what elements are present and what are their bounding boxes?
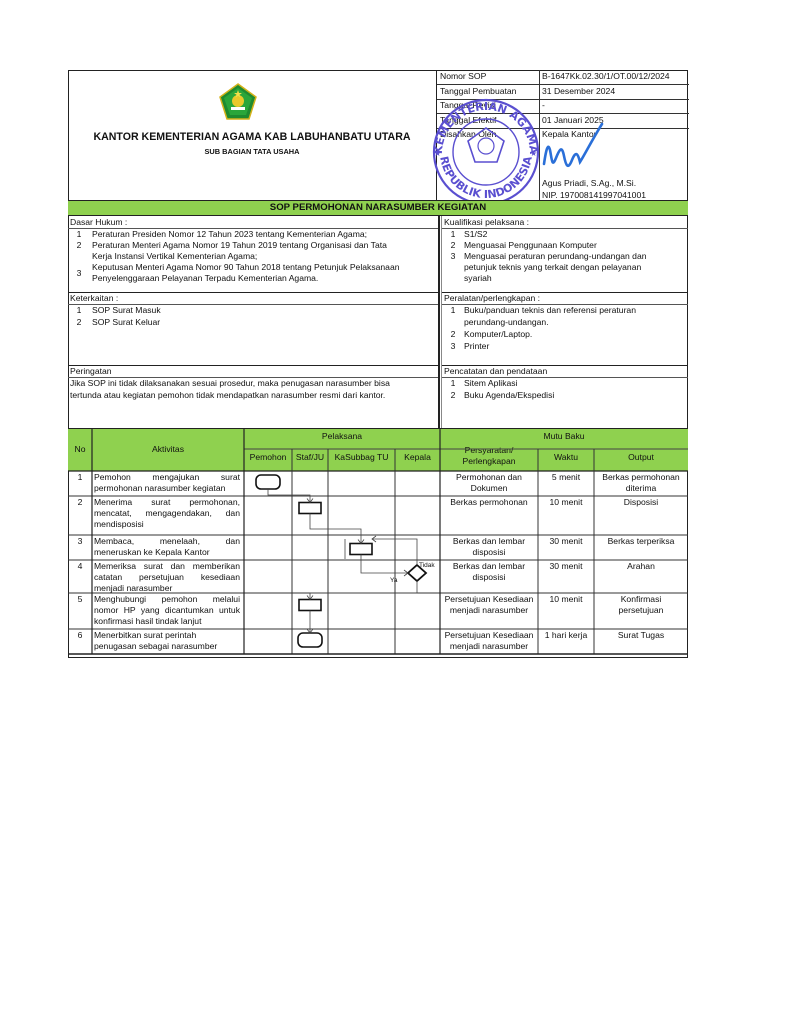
peralatan-item: Printer — [464, 341, 489, 352]
meta-row: Nomor SOP B-1647Kk.02.30/1/OT.00/12/2024 — [437, 70, 689, 85]
peringatan-text-cont: tertunda atau kegiatan pemohon tidak men… — [70, 390, 385, 401]
peralatan-section: Peralatan/perlengkapan : 1 Buku/panduan … — [442, 292, 688, 366]
signature-icon — [538, 120, 608, 180]
peringatan-title: Peringatan — [70, 366, 112, 377]
official-stamp-icon: KEMENTERIAN AGAMA REPUBLIK INDONESIA ★ ★ — [426, 98, 546, 206]
keterkaitan-section: Keterkaitan : 1 SOP Surat Masuk 2 SOP Su… — [68, 292, 438, 366]
item-number: 2 — [72, 317, 86, 328]
kualifikasi-item-cont: syariah — [464, 273, 492, 284]
keterkaitan-title: Keterkaitan : — [70, 293, 118, 304]
item-number: 3 — [446, 341, 460, 352]
item-number: 1 — [72, 305, 86, 316]
meta-label: Nomor SOP — [440, 71, 486, 82]
kualifikasi-item: S1/S2 — [464, 229, 487, 240]
peralatan-item-cont: perundang-undangan. — [464, 317, 549, 328]
dasar-hukum-item: Peraturan Menteri Agama Nomor 19 Tahun 2… — [92, 240, 387, 251]
pencatatan-item: Sitem Aplikasi — [464, 378, 518, 389]
sub-title: SUB BAGIAN TATA USAHA — [68, 147, 436, 156]
item-number: 3 — [72, 268, 86, 279]
item-number: 1 — [446, 378, 460, 389]
section-header: Pencatatan dan pendataan — [442, 365, 688, 378]
office-title: KANTOR KEMENTERIAN AGAMA KAB LABUHANBATU… — [68, 131, 436, 143]
header-left: KANTOR KEMENTERIAN AGAMA KAB LABUHANBATU… — [68, 70, 436, 200]
section-header: Peralatan/perlengkapan : — [442, 292, 688, 305]
kualifikasi-item: Menguasai peraturan perundang-undangan d… — [464, 251, 647, 262]
dasar-hukum-item-cont: Kerja Instansi Vertikal Kementerian Agam… — [92, 251, 257, 262]
item-number: 2 — [446, 390, 460, 401]
section-header: Peringatan — [68, 365, 438, 378]
dasar-hukum-item: Keputusan Menteri Agama Nomor 90 Tahun 2… — [92, 262, 400, 273]
svg-text:★: ★ — [434, 149, 441, 158]
flow-label-no: Tidak — [419, 562, 435, 569]
pencatatan-title: Pencatatan dan pendataan — [444, 366, 547, 377]
meta-value-nomor-sop: B-1647Kk.02.30/1/OT.00/12/2024 — [542, 71, 670, 82]
meta-value-tanggal-pembuatan: 31 Desember 2024 — [542, 86, 615, 97]
info-divider — [438, 216, 440, 428]
dasar-hukum-section: Dasar Hukum : 1 Peraturan Presiden Nomor… — [68, 216, 438, 293]
peringatan-section: Peringatan Jika SOP ini tidak dilaksanak… — [68, 365, 438, 428]
kualifikasi-item: Menguasai Penggunaan Komputer — [464, 240, 597, 251]
peralatan-item: Buku/panduan teknis dan referensi peratu… — [464, 305, 636, 316]
sop-title: SOP PERMOHONAN NARASUMBER KEGIATAN — [68, 200, 688, 216]
item-number: 2 — [446, 329, 460, 340]
item-number: 2 — [72, 240, 86, 251]
item-number: 3 — [446, 251, 460, 262]
dasar-hukum-item-cont: Penyelenggaraan Pelayanan Terpadu Kement… — [92, 273, 318, 284]
dasar-hukum-title: Dasar Hukum : — [70, 217, 127, 228]
pencatatan-item: Buku Agenda/Ekspedisi — [464, 390, 554, 401]
peralatan-title: Peralatan/perlengkapan : — [444, 293, 540, 304]
activity-table: No Aktivitas Pelaksana Mutu Baku Pemohon… — [68, 428, 688, 659]
flowchart: YaTidak — [68, 429, 688, 659]
keterkaitan-item: SOP Surat Keluar — [92, 317, 160, 328]
flow-label-yes: Ya — [390, 577, 398, 584]
kualifikasi-title: Kualifikasi pelaksana : — [444, 217, 529, 228]
dasar-hukum-item: Peraturan Presiden Nomor 12 Tahun 2023 t… — [92, 229, 367, 240]
section-header: Dasar Hukum : — [68, 216, 438, 229]
item-number: 1 — [72, 229, 86, 240]
pencatatan-section: Pencatatan dan pendataan 1 Sitem Aplikas… — [442, 365, 688, 428]
meta-label: Tanggal Pembuatan — [440, 86, 516, 97]
kualifikasi-section: Kualifikasi pelaksana : 1 S1/S2 2 Mengua… — [442, 216, 688, 293]
kualifikasi-item-cont: petunjuk teknis yang terkait dengan pela… — [464, 262, 641, 273]
ministry-logo-icon — [218, 82, 258, 122]
section-header: Keterkaitan : — [68, 292, 438, 305]
keterkaitan-item: SOP Surat Masuk — [92, 305, 161, 316]
peralatan-item: Komputer/Laptop. — [464, 329, 532, 340]
svg-text:★: ★ — [530, 149, 537, 158]
item-number: 2 — [446, 240, 460, 251]
peringatan-text: Jika SOP ini tidak dilaksanakan sesuai p… — [70, 378, 390, 389]
section-header: Kualifikasi pelaksana : — [442, 216, 688, 229]
item-number: 1 — [446, 229, 460, 240]
item-number: 1 — [446, 305, 460, 316]
